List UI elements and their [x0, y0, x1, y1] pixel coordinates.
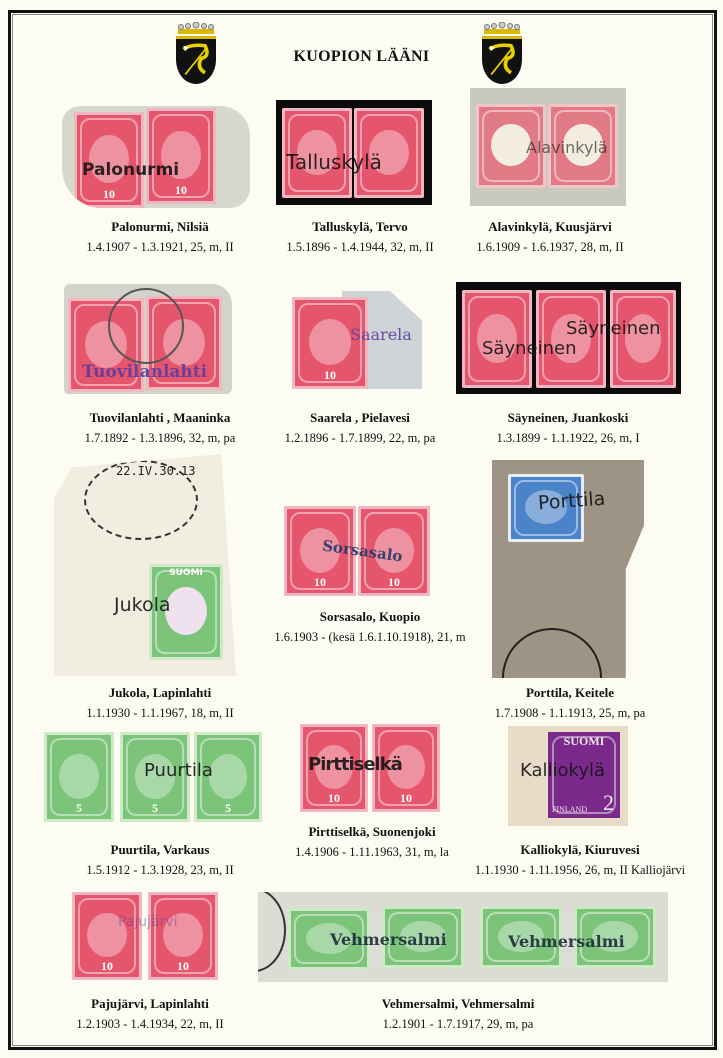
post-office-name: Tuovilanlahti , Maaninka [50, 410, 270, 426]
cancel-mark: Porttila [537, 488, 606, 515]
post-office-dates: 1.4.1907 - 1.3.1921, 25, m, II [50, 239, 270, 255]
caption: Kalliokylä, Kiuruvesi 1.1.1930 - 1.11.19… [460, 842, 700, 878]
cancel-mark: Puurtila [144, 760, 213, 781]
post-office-dates: 1.5.1896 - 1.4.1944, 32, m, II [250, 239, 470, 255]
post-office-name: Säyneinen, Juankoski [458, 410, 678, 426]
post-office-name: Kalliokylä, Kiuruvesi [460, 842, 700, 858]
post-office-name: Pirttiselkä, Suonenjoki [262, 824, 482, 840]
caption: Pajujärvi, Lapinlahti 1.2.1903 - 1.4.193… [40, 996, 260, 1032]
stamp-piece-saarela: 10 Saarela [292, 291, 422, 389]
cancel-mark: Pirttiselkä [308, 754, 402, 775]
stamp-piece-tuovilanlahti: Tuovilanlahti [64, 284, 232, 394]
stamp-piece-sorsasalo: 10 10 Sorsasalo [284, 506, 434, 598]
stamp: 5 [44, 732, 114, 822]
post-office-dates: 1.2.1903 - 1.4.1934, 22, m, II [40, 1016, 260, 1032]
cancel-mark: Kalliokylä [520, 760, 605, 781]
cancel-mark: Alavinkylä [526, 138, 608, 157]
post-office-dates: 1.5.1912 - 1.3.1928, 23, m, II [50, 862, 270, 878]
post-office-dates: 1.2.1901 - 1.7.1917, 29, m, pa [348, 1016, 568, 1032]
cancel-mark: Pajujärvi [118, 914, 178, 930]
caption: Pirttiselkä, Suonenjoki 1.4.1906 - 1.11.… [262, 824, 482, 860]
caption: Jukola, Lapinlahti 1.1.1930 - 1.1.1967, … [50, 685, 270, 721]
post-office-dates: 1.7.1892 - 1.3.1896, 32, m, pa [50, 430, 270, 446]
caption: Vehmersalmi, Vehmersalmi 1.2.1901 - 1.7.… [348, 996, 568, 1032]
stamp-piece-puurtila: 5 5 5 Puurtila [44, 732, 262, 824]
stamp-piece-kalliokyla: SUOMI FINLAND 2 Kalliokylä [508, 726, 628, 826]
cancel-mark: Vehmersalmi [330, 930, 447, 949]
post-office-name: Saarela , Pielavesi [250, 410, 470, 426]
stamp [610, 290, 676, 388]
caption: Saarela , Pielavesi 1.2.1896 - 1.7.1899,… [250, 410, 470, 446]
caption: Tuovilanlahti , Maaninka 1.7.1892 - 1.3.… [50, 410, 270, 446]
stamp: 10 [146, 108, 216, 204]
stamp-piece-talluskyla: Talluskylä [276, 100, 432, 205]
post-office-name: Talluskylä, Tervo [250, 219, 470, 235]
post-office-dates: 1.4.1906 - 1.11.1963, 31, m, la [262, 844, 482, 860]
caption: Porttila, Keitele 1.7.1908 - 1.1.1913, 2… [460, 685, 680, 721]
cancel-mark: Palonurmi [82, 160, 179, 180]
post-office-name: Vehmersalmi, Vehmersalmi [348, 996, 568, 1012]
caption: Talluskylä, Tervo 1.5.1896 - 1.4.1944, 3… [250, 219, 470, 255]
post-office-name: Alavinkylä, Kuusjärvi [440, 219, 660, 235]
cancel-mark: Tuovilanlahti [82, 362, 207, 382]
cancel-mark: Talluskylä [286, 150, 382, 174]
stamp-piece-palonurmi: 10 10 Palonurmi [62, 106, 250, 208]
stamp-piece-sayneinen: Säyneinen Säyneinen [456, 282, 681, 394]
post-office-name: Palonurmi, Nilsiä [50, 219, 270, 235]
caption: Palonurmi, Nilsiä 1.4.1907 - 1.3.1921, 2… [50, 219, 270, 255]
post-office-dates: 1.3.1899 - 1.1.1922, 26, m, I [458, 430, 678, 446]
cancel-mark: Vehmersalmi [508, 932, 625, 951]
cancel-mark: Saarela [350, 325, 412, 344]
caption: Puurtila, Varkaus 1.5.1912 - 1.3.1928, 2… [50, 842, 270, 878]
post-office-name: Pajujärvi, Lapinlahti [40, 996, 260, 1012]
stamp: 10 [72, 892, 142, 980]
post-office-dates: 1.1.1930 - 1.1.1967, 18, m, II [50, 705, 270, 721]
caption: Säyneinen, Juankoski 1.3.1899 - 1.1.1922… [458, 410, 678, 446]
post-office-dates: 1.2.1896 - 1.7.1899, 22, m, pa [250, 430, 470, 446]
stamp-piece-porttila: Porttila [492, 460, 644, 678]
post-office-dates: 1.6.1903 - (kesä 1.6.1.10.1918), 21, m [250, 629, 490, 645]
postmark-date: 22.IV.30.13 [116, 464, 195, 478]
stamp-piece-pajujarvi: 10 10 Pajujärvi [72, 892, 220, 982]
post-office-dates: 1.7.1908 - 1.1.1913, 25, m, pa [460, 705, 680, 721]
caption: Sorsasalo, Kuopio 1.6.1903 - (kesä 1.6.1… [250, 609, 490, 645]
cancel-mark: Jukola [114, 594, 171, 616]
cancel-mark: Säyneinen [482, 338, 576, 359]
post-office-name: Jukola, Lapinlahti [50, 685, 270, 701]
stamp-piece-vehmersalmi: Vehmersalmi Vehmersalmi [258, 892, 668, 982]
post-office-name: Sorsasalo, Kuopio [250, 609, 490, 625]
post-office-name: Porttila, Keitele [460, 685, 680, 701]
post-office-dates: 1.6.1909 - 1.6.1937, 28, m, II [440, 239, 660, 255]
post-office-name: Puurtila, Varkaus [50, 842, 270, 858]
stamp-piece-alavinkyla: Alavinkylä [470, 88, 626, 206]
post-office-dates: 1.1.1930 - 1.11.1956, 26, m, II Kalliojä… [460, 862, 700, 878]
stamp-piece-pirttiselka: 10 10 Pirttiselkä [300, 724, 442, 812]
cancel-mark: Säyneinen [566, 318, 660, 339]
stamp-piece-jukola: 22.IV.30.13 SUOMI Jukola [54, 454, 236, 676]
stamp: 10 [148, 892, 218, 980]
page-title: KUOPION LÄÄNI [0, 48, 723, 66]
caption: Alavinkylä, Kuusjärvi 1.6.1909 - 1.6.193… [440, 219, 660, 255]
